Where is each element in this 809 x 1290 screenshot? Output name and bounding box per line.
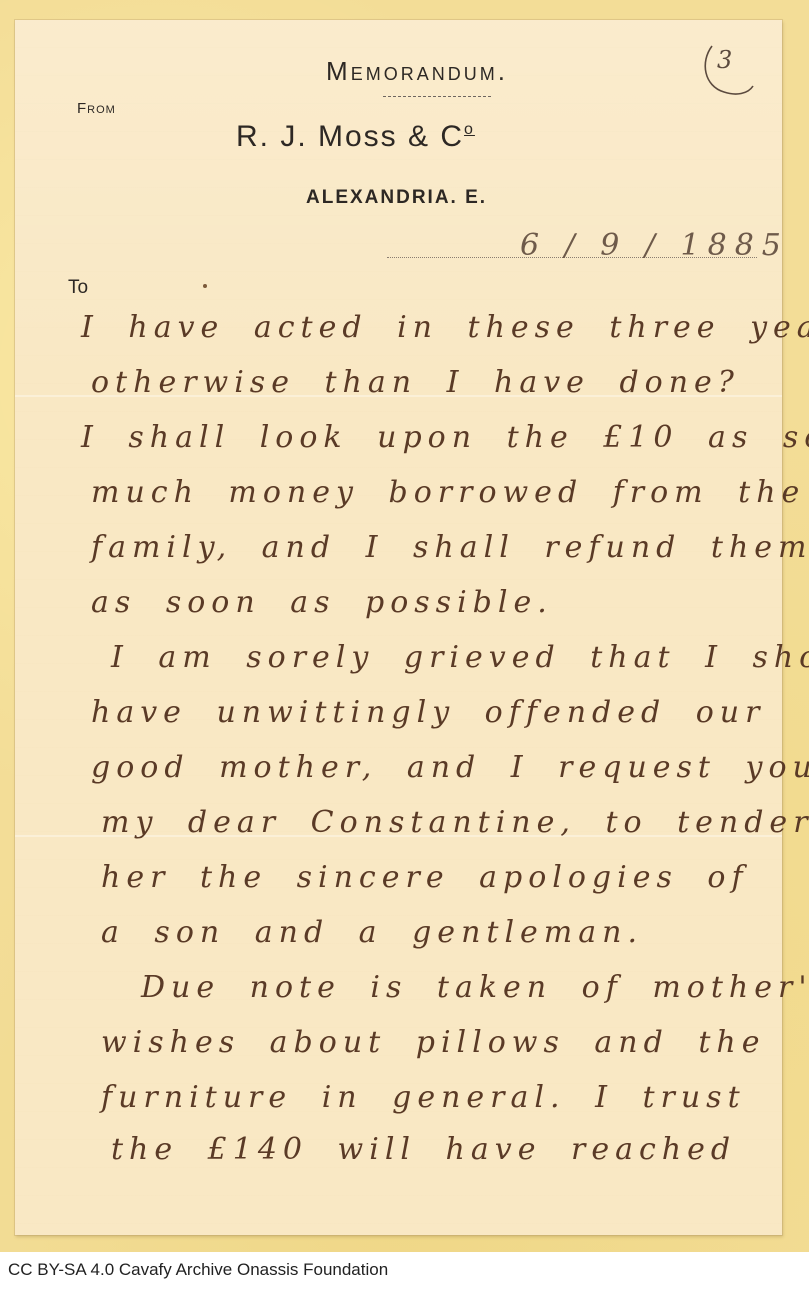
license-credit: CC BY-SA 4.0 Cavafy Archive Onassis Foun… [8, 1260, 388, 1280]
company-name: R. J. Moss & Co [236, 120, 475, 154]
letter-line: otherwise than I have done? [91, 365, 740, 400]
letter-line: I have acted in these three years [81, 310, 809, 345]
letter-line: a son and a gentleman. [101, 915, 643, 950]
letter-line: her the sincere apologies of [101, 860, 749, 895]
letterhead-title-block: Memorandum. [277, 38, 557, 78]
letter-line: much money borrowed from the [91, 475, 805, 510]
letter-line: I am sorely grieved that I should [111, 640, 809, 675]
letter-line: my dear Constantine, to tender [101, 805, 809, 840]
letter-line: I shall look upon the £10 as so [81, 420, 809, 455]
memorandum-sheet: Memorandum. From R. J. Moss & Co ALEXAND… [15, 20, 782, 1235]
ink-speck [203, 284, 207, 288]
letter-line: wishes about pillows and the [101, 1025, 765, 1060]
letter-line: have unwittingly offended our [91, 695, 765, 730]
to-label: To [68, 277, 88, 299]
letter-line: as soon as possible. [91, 585, 553, 620]
from-label: From [77, 100, 116, 117]
handwritten-date: 6 / 9 / 1885 [520, 228, 789, 263]
page-number: 3 [717, 46, 732, 74]
letter-line: Due note is taken of mother's [141, 970, 809, 1005]
company-city: ALEXANDRIA. E. [306, 187, 487, 209]
letter-line: good mother, and I request you, [91, 750, 809, 785]
title-underline [383, 96, 491, 98]
letter-line: the £140 will have reached [111, 1132, 736, 1167]
letter-line: family, and I shall refund them [91, 530, 809, 565]
company-name-main: R. J. Moss & C [236, 120, 464, 153]
letterhead-title: Memorandum. [277, 56, 557, 87]
letter-line: furniture in general. I trust [101, 1080, 746, 1115]
company-name-superscript: o [464, 121, 475, 138]
